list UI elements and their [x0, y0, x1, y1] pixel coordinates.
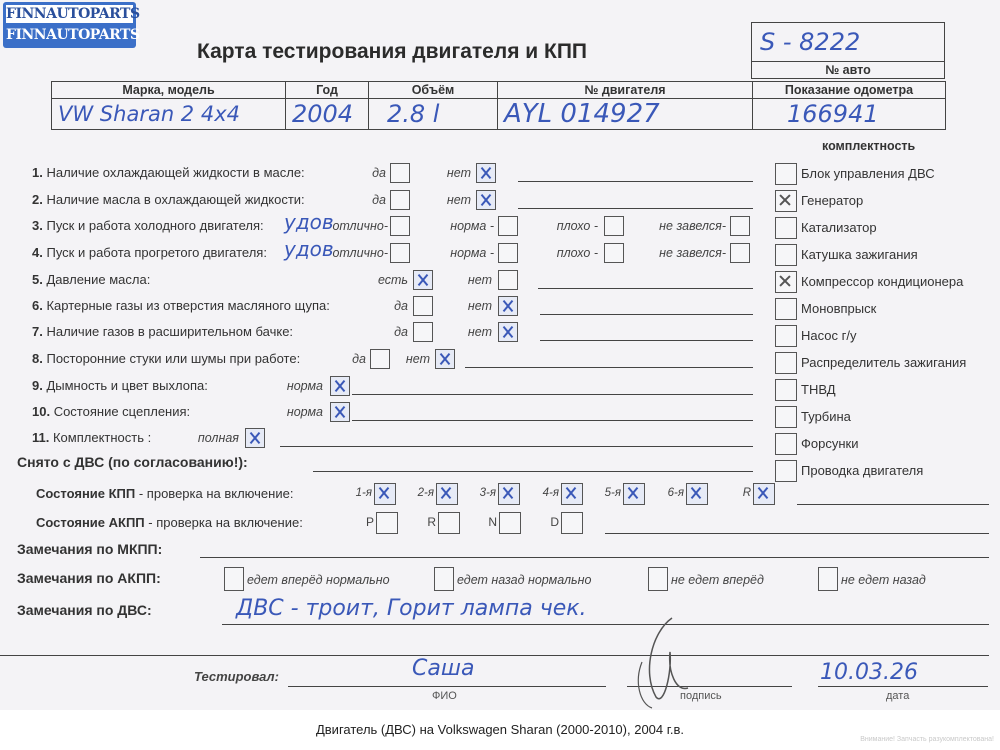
komplektnost-checkbox[interactable] [775, 271, 797, 293]
komplektnost-checkbox[interactable] [775, 352, 797, 374]
check-row-1: 1. Наличие охлаждающей жидкости в масле: [32, 165, 305, 180]
remarks-mkpp-line[interactable] [200, 557, 989, 558]
check-row-11: 11. Комплектность : [32, 430, 151, 445]
kpp-gear-label: 2-я [418, 487, 434, 499]
check-option-label: есть [378, 273, 408, 287]
check-number: 2. [32, 192, 46, 207]
akpp-label: Состояние АКПП - проверка на включение: [36, 515, 303, 530]
akpp-remark-label: не едет назад [841, 573, 926, 587]
check-text: Картерные газы из отверстия масляного щу… [46, 298, 329, 313]
akpp-remark-checkbox[interactable] [224, 567, 244, 591]
check-notes-line[interactable] [352, 420, 753, 421]
check-number: 6. [32, 298, 46, 313]
check-option-checkbox[interactable] [604, 243, 624, 263]
check-row-10: 10. Состояние сцепления: [32, 404, 190, 419]
akpp-remark-label: не едет вперёд [671, 573, 764, 587]
kpp-gear-label: 5-я [605, 487, 621, 499]
tested-by-label: Тестировал: [194, 669, 279, 684]
check-option-checkbox[interactable] [413, 322, 433, 342]
kpp-gear-checkbox[interactable] [374, 483, 396, 505]
check-text: Давление масла: [46, 272, 150, 287]
check-option-checkbox[interactable] [730, 216, 750, 236]
scanned-form: FINNAUTOPARTS FINNAUTOPARTS Карта тестир… [0, 0, 1000, 710]
check-row-7: 7. Наличие газов в расширительном бачке: [32, 324, 293, 339]
check-option-checkbox[interactable] [476, 163, 496, 183]
remarks-dvs-line-2[interactable] [0, 655, 989, 656]
check-option-label: плохо - [557, 219, 598, 233]
value-engine-number: AYL 014927 [498, 99, 753, 130]
check-option-label: нет [447, 166, 471, 180]
komplektnost-title: комплектность [822, 139, 915, 153]
check-option-checkbox[interactable] [604, 216, 624, 236]
form-title: Карта тестирования двигателя и КПП [197, 40, 587, 64]
komplektnost-checkbox[interactable] [775, 163, 797, 185]
komplektnost-checkbox[interactable] [775, 298, 797, 320]
check-option-checkbox[interactable] [390, 243, 410, 263]
test-date: 10.03.26 [820, 660, 918, 685]
remarks-akpp-label: Замечания по АКПП: [17, 570, 161, 586]
akpp-mode-checkbox[interactable] [499, 512, 521, 534]
check-option-checkbox[interactable] [245, 428, 265, 448]
check-text: Пуск и работа прогретого двигателя: [46, 245, 266, 260]
akpp-mode-checkbox[interactable] [561, 512, 583, 534]
value-volume: 2.8 l [369, 99, 498, 130]
check-row-2: 2. Наличие масла в охлаждающей жидкости: [32, 192, 305, 207]
kpp-gear-label: 4-я [543, 487, 559, 499]
check-number: 4. [32, 245, 46, 260]
check-number: 11. [32, 430, 53, 445]
check-option-label: да [372, 193, 386, 207]
check-option-checkbox[interactable] [476, 190, 496, 210]
kpp-gear-checkbox[interactable] [623, 483, 645, 505]
komplektnost-item-label: Катализатор [801, 220, 877, 235]
kpp-gear-label: 6-я [668, 487, 684, 499]
komplektnost-item-label: Моновпрыск [801, 301, 876, 316]
remarks-mkpp-label: Замечания по МКПП: [17, 541, 162, 557]
check-option-checkbox[interactable] [498, 296, 518, 316]
auto-number-box: S - 8222 № авто [751, 22, 945, 79]
check-option-checkbox[interactable] [413, 270, 433, 290]
check-option-label: норма - [450, 246, 494, 260]
check-notes-line[interactable] [465, 367, 753, 368]
check-handwritten-note: удов [284, 237, 334, 261]
check-notes-line[interactable] [538, 288, 753, 289]
value-odometer: 166941 [753, 99, 946, 130]
kpp-gear-checkbox[interactable] [436, 483, 458, 505]
check-option-checkbox[interactable] [390, 216, 410, 236]
check-option-checkbox[interactable] [390, 190, 410, 210]
removed-label: Снято с ДВС (по согласованию!): [17, 454, 248, 470]
kpp-gear-checkbox[interactable] [686, 483, 708, 505]
komplektnost-checkbox[interactable] [775, 460, 797, 482]
akpp-remark-checkbox[interactable] [648, 567, 668, 591]
komplektnost-checkbox[interactable] [775, 190, 797, 212]
col-header-odometer: Показание одометра [753, 82, 946, 99]
komplektnost-item-label: Форсунки [801, 436, 858, 451]
komplektnost-item-label: Блок управления ДВС [801, 166, 935, 181]
check-row-6: 6. Картерные газы из отверстия масляного… [32, 298, 330, 313]
komplektnost-item-label: Компрессор кондиционера [801, 274, 963, 289]
check-notes-line[interactable] [518, 208, 753, 209]
komplektnost-item-label: Генератор [801, 193, 863, 208]
col-header-year: Год [286, 82, 369, 99]
komplektnost-checkbox[interactable] [775, 244, 797, 266]
check-notes-line[interactable] [352, 394, 753, 395]
komplektnost-checkbox[interactable] [775, 379, 797, 401]
check-number: 8. [32, 351, 46, 366]
check-option-label: отлично- [332, 219, 388, 233]
check-option-checkbox[interactable] [498, 216, 518, 236]
vehicle-info-table: Марка, модель Год Объём № двигателя Пока… [51, 81, 946, 130]
komplektnost-item-label: Турбина [801, 409, 851, 424]
check-option-label: нет [468, 299, 492, 313]
check-option-label: не завелся- [659, 219, 726, 233]
kpp-gear-checkbox[interactable] [561, 483, 583, 505]
check-option-checkbox[interactable] [498, 243, 518, 263]
check-number: 9. [32, 378, 46, 393]
value-year: 2004 [286, 99, 369, 130]
check-text: Состояние сцепления: [54, 404, 190, 419]
check-option-label: нет [468, 273, 492, 287]
check-option-label: нет [447, 193, 471, 207]
finnautoparts-logo: FINNAUTOPARTS FINNAUTOPARTS [3, 2, 136, 48]
check-option-checkbox[interactable] [370, 349, 390, 369]
kpp-gear-checkbox[interactable] [498, 483, 520, 505]
signature-scribble [612, 612, 702, 712]
akpp-mode-checkbox[interactable] [376, 512, 398, 534]
date-caption: дата [886, 690, 909, 702]
check-option-label: да [394, 325, 408, 339]
photo-caption: Двигатель (ДВС) на Volkswagen Sharan (20… [0, 722, 1000, 737]
remarks-dvs-line[interactable] [222, 624, 989, 625]
check-option-label: да [352, 352, 366, 366]
kpp-gear-label: 3-я [480, 487, 496, 499]
akpp-mode-label: N [488, 515, 497, 529]
check-text: Посторонние стуки или шумы при работе: [46, 351, 300, 366]
check-option-label: полная [198, 431, 239, 445]
akpp-mode-checkbox[interactable] [438, 512, 460, 534]
check-option-checkbox[interactable] [390, 163, 410, 183]
logo-line-1: FINNAUTOPARTS [6, 5, 133, 23]
akpp-mode-label: D [550, 515, 559, 529]
check-row-9: 9. Дымность и цвет выхлопа: [32, 378, 208, 393]
col-header-engine-number: № двигателя [498, 82, 753, 99]
auto-number-label: № авто [752, 62, 944, 78]
check-row-5: 5. Давление масла: [32, 272, 150, 287]
check-text: Комплектность : [53, 430, 151, 445]
col-header-make-model: Марка, модель [52, 82, 286, 99]
check-option-checkbox[interactable] [435, 349, 455, 369]
date-line[interactable] [818, 686, 988, 687]
kpp-gear-label: R [743, 487, 751, 499]
check-option-label: плохо - [557, 246, 598, 260]
tester-name: Саша [412, 656, 474, 681]
check-notes-line[interactable] [540, 340, 753, 341]
check-notes-line[interactable] [280, 446, 753, 447]
watermark: Внимание! Запчасть разукомплектована! [860, 736, 994, 743]
check-text: Наличие охлаждающей жидкости в масле: [46, 165, 304, 180]
check-notes-line[interactable] [540, 314, 753, 315]
akpp-notes-line[interactable] [605, 533, 989, 534]
check-text: Наличие масла в охлаждающей жидкости: [46, 192, 304, 207]
kpp-label: Состояние КПП - проверка на включение: [36, 486, 293, 501]
check-number: 10. [32, 404, 54, 419]
auto-number-value: S - 8222 [752, 23, 944, 62]
akpp-remark-label: едет назад нормально [457, 573, 591, 587]
check-notes-line[interactable] [518, 181, 753, 182]
check-number: 1. [32, 165, 46, 180]
akpp-remark-checkbox[interactable] [434, 567, 454, 591]
check-text: Дымность и цвет выхлопа: [46, 378, 207, 393]
col-header-volume: Объём [369, 82, 498, 99]
check-option-checkbox[interactable] [730, 243, 750, 263]
kpp-gear-checkbox[interactable] [753, 483, 775, 505]
komplektnost-item-label: Катушка зажигания [801, 247, 918, 262]
remarks-dvs-label: Замечания по ДВС: [17, 602, 152, 618]
komplektnost-item-label: ТНВД [801, 382, 836, 397]
komplektnost-checkbox[interactable] [775, 433, 797, 455]
check-text: Наличие газов в расширительном бачке: [46, 324, 293, 339]
check-option-label: отлично- [332, 246, 388, 260]
check-number: 5. [32, 272, 46, 287]
logo-line-2: FINNAUTOPARTS [6, 26, 133, 44]
check-row-3: 3. Пуск и работа холодного двигателя: [32, 218, 264, 233]
komplektnost-checkbox[interactable] [775, 406, 797, 428]
akpp-mode-label: P [366, 515, 374, 529]
check-option-checkbox[interactable] [498, 270, 518, 290]
akpp-remark-label: едет вперёд нормально [247, 573, 390, 587]
remarks-dvs-value: ДВС - троит, Горит лампа чек. [236, 596, 587, 621]
check-number: 3. [32, 218, 46, 233]
check-option-checkbox[interactable] [498, 322, 518, 342]
tester-name-line[interactable] [288, 686, 606, 687]
akpp-mode-label: R [427, 515, 436, 529]
check-option-checkbox[interactable] [413, 296, 433, 316]
check-option-label: да [394, 299, 408, 313]
value-make-model: VW Sharan 2 4x4 [52, 99, 286, 130]
removed-line[interactable] [313, 471, 753, 472]
komplektnost-checkbox[interactable] [775, 217, 797, 239]
komplektnost-item-label: Проводка двигателя [801, 463, 923, 478]
check-option-label: не завелся- [659, 246, 726, 260]
check-option-label: норма - [450, 219, 494, 233]
kpp-gear-label: 1-я [356, 487, 372, 499]
check-option-label: нет [406, 352, 430, 366]
check-text: Пуск и работа холодного двигателя: [46, 218, 263, 233]
check-row-8: 8. Посторонние стуки или шумы при работе… [32, 351, 300, 366]
check-option-label: нет [468, 325, 492, 339]
check-option-checkbox[interactable] [330, 402, 350, 422]
check-option-label: норма [287, 379, 323, 393]
check-option-label: да [372, 166, 386, 180]
check-handwritten-note: удов [284, 210, 334, 234]
check-row-4: 4. Пуск и работа прогретого двигателя: [32, 245, 267, 260]
check-option-label: норма [287, 405, 323, 419]
check-option-checkbox[interactable] [330, 376, 350, 396]
komplektnost-checkbox[interactable] [775, 325, 797, 347]
kpp-notes-line[interactable] [797, 504, 989, 505]
komplektnost-item-label: Насос г/у [801, 328, 856, 343]
akpp-remark-checkbox[interactable] [818, 567, 838, 591]
name-caption: ФИО [432, 690, 457, 702]
komplektnost-item-label: Распределитель зажигания [801, 355, 966, 370]
check-number: 7. [32, 324, 46, 339]
